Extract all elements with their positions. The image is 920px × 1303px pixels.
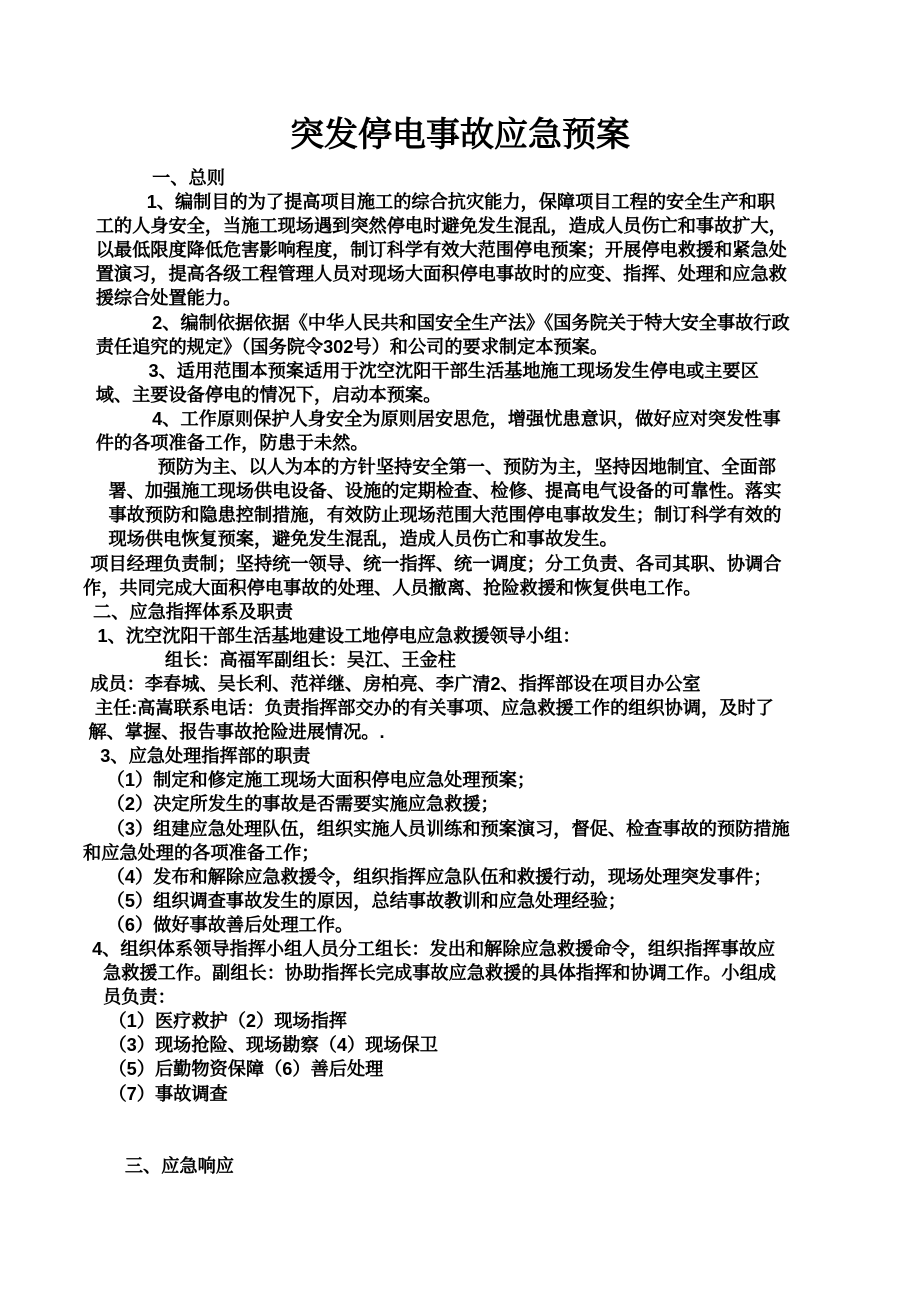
paragraph-scope: 3、适用范围本预案适用于沈空沈阳干部生活基地施工现场发生停电或主要区域、主要设备… — [83, 359, 792, 407]
list-item-duty-2: （2）决定所发生的事故是否需要实施应急救援； — [83, 792, 792, 816]
paragraph-purpose: 1、编制目的为了提高项目施工的综合抗灾能力，保障项目工程的安全生产和职工的人身安… — [83, 190, 792, 310]
paragraph-leading-group: 1、沈空沈阳干部生活基地建设工地停电应急救援领导小组： — [83, 624, 792, 648]
paragraph-members: 成员：李春城、吴长利、范祥继、房柏亮、李广清2、指挥部设在项目办公室 — [83, 672, 792, 696]
list-item-duty-4: （4）发布和解除应急救援令，组织指挥应急队伍和救援行动，现场处理突发事件； — [83, 865, 792, 889]
list-item-duty-3: （3）组建应急处理队伍，组织实施人员训练和预案演习，督促、检查事故的预防措施和应… — [83, 817, 792, 865]
list-item-role-7: （7）事故调查 — [83, 1082, 792, 1106]
document-body: 一、总则1、编制目的为了提高项目施工的综合抗灾能力，保障项目工程的安全生产和职工… — [0, 166, 920, 1178]
document-title: 突发停电事故应急预案 — [0, 0, 920, 158]
list-item-duty-5: （5）组织调查事故发生的原因，总结事故教训和应急处理经验； — [83, 889, 792, 913]
list-item-role-5-6: （5）后勤物资保障（6）善后处理 — [83, 1057, 792, 1081]
list-item-role-3-4: （3）现场抢险、现场勘察（4）现场保卫 — [83, 1033, 792, 1057]
list-item-duty-1: （1）制定和修定施工现场大面积停电应急处理预案； — [83, 768, 792, 792]
section-heading-2: 二、应急指挥体系及职责 — [83, 600, 792, 624]
list-item-role-1-2: （1）医疗救护（2）现场指挥 — [83, 1009, 792, 1033]
paragraph-director: 主任:高嵩联系电话：负责指挥部交办的有关事项、应急救援工作的组织协调，及时了解、… — [83, 696, 792, 744]
paragraph-manager-responsibility: 项目经理负责制；坚持统一领导、统一指挥、统一调度；分工负责、各司其职、协调合作，… — [83, 552, 792, 600]
list-item-duty-6: （6）做好事故善后处理工作。 — [83, 913, 792, 937]
paragraph-organization: 4、组织体系领导指挥小组人员分工组长：发出和解除应急救援命令，组织指挥事故应急救… — [83, 937, 792, 1009]
section-heading-1: 一、总则 — [83, 166, 792, 190]
document-page: 突发停电事故应急预案 一、总则1、编制目的为了提高项目施工的综合抗灾能力，保障项… — [0, 0, 920, 1303]
paragraph-duties-heading: 3、应急处理指挥部的职责 — [83, 744, 792, 768]
paragraph-group-leaders: 组长：高福军副组长：吴江、王金柱 — [83, 648, 792, 672]
paragraph-basis: 2、编制依据依据《中华人民共和国安全生产法》《国务院关于特大安全事故行政责任追究… — [83, 311, 792, 359]
paragraph-prevention: 预防为主、以人为本的方针坚持安全第一、预防为主，坚持因地制宜、全面部署、加强施工… — [83, 455, 792, 551]
section-heading-3: 三、应急响应 — [83, 1154, 792, 1178]
paragraph-principle: 4、工作原则保护人身安全为原则居安思危，增强忧患意识，做好应对突发性事件的各项准… — [83, 407, 792, 455]
